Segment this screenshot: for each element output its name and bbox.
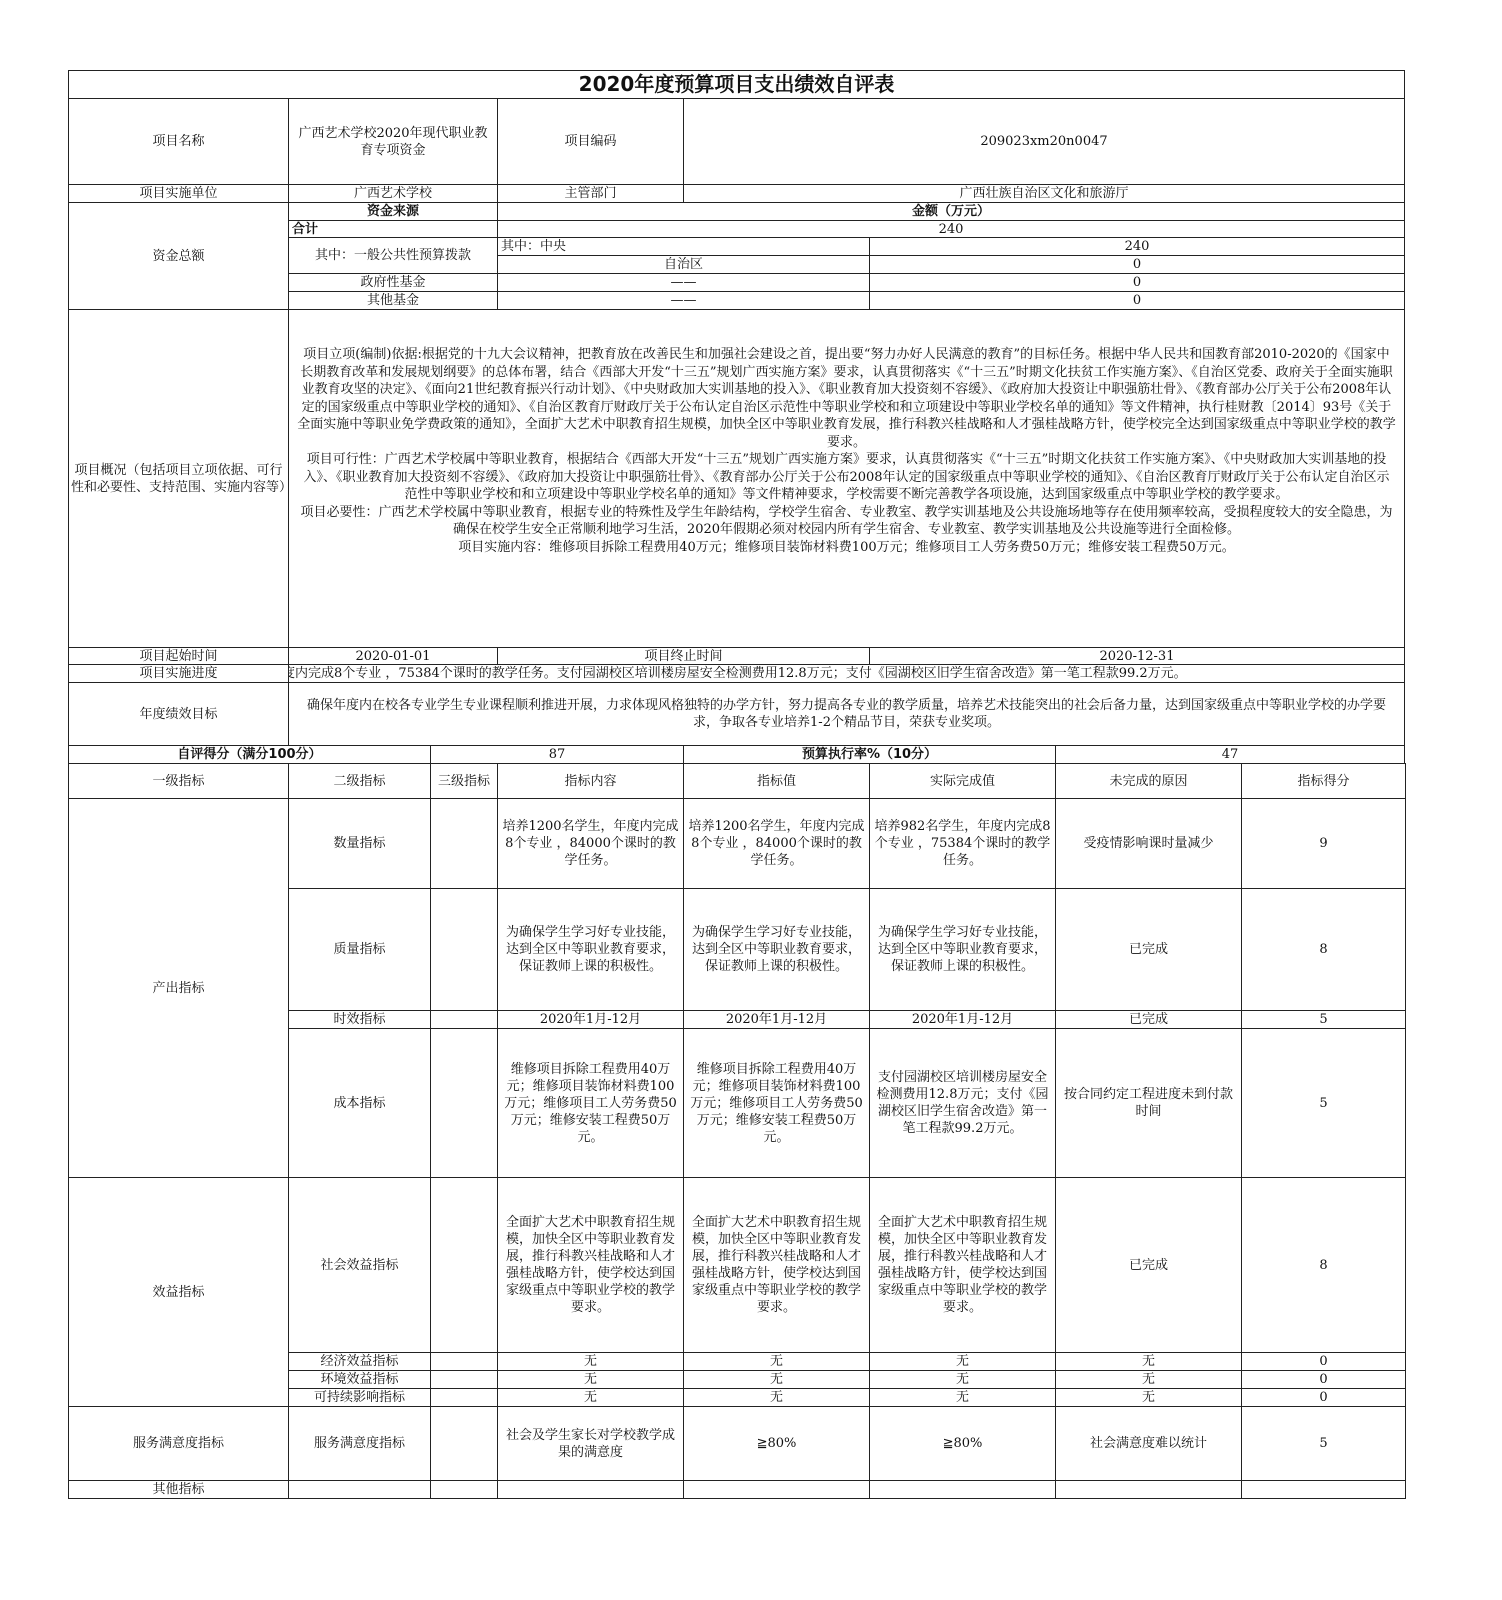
funds-general-label: 其中：一般公共性预算拨款 — [288, 237, 498, 274]
overview-content-text: 项目实施内容：维修项目拆除工程费用40万元；维修项目装饰材料费100万元；维修项… — [297, 539, 1396, 557]
indicator-target: 全面扩大艺术中职教育招生规模，加快全区中等职业教育发展，推行科教兴桂战略和人才强… — [683, 1177, 870, 1353]
indicator-content: 维修项目拆除工程费用40万元；维修项目装饰材料费100万元；维修项目工人劳务费5… — [497, 1028, 684, 1178]
funds-source-header: 资金来源 — [288, 202, 498, 221]
dept-value: 广西壮族自治区文化和旅游厅 — [683, 184, 1405, 203]
indicator-level2: 时效指标 — [288, 1010, 431, 1029]
indicator-target: 无 — [683, 1388, 870, 1407]
project-code-value: 209023xm20n0047 — [683, 98, 1405, 185]
budget-rate-label: 预算执行率%（10分） — [683, 745, 1056, 764]
indicator-level2: 经济效益指标 — [288, 1352, 431, 1371]
indicator-content: 全面扩大艺术中职教育招生规模，加快全区中等职业教育发展，推行科教兴桂战略和人才强… — [497, 1177, 684, 1353]
indicator-score — [1241, 1480, 1406, 1499]
funds-gov-value: 0 — [869, 273, 1405, 292]
indicator-level2: 成本指标 — [288, 1028, 431, 1178]
indicator-level2: 质量指标 — [288, 888, 431, 1011]
header-level1: 一级指标 — [68, 763, 289, 799]
level1-benefit: 效益指标 — [68, 1177, 289, 1407]
indicator-target: 维修项目拆除工程费用40万元；维修项目装饰材料费100万元；维修项目工人劳务费5… — [683, 1028, 870, 1178]
indicator-actual: 无 — [869, 1352, 1056, 1371]
indicator-reason: 无 — [1055, 1370, 1242, 1389]
overview-content: 项目立项(编制)依据:根据党的十九大会议精神，把教育放在改善民生和加强社会建设之… — [288, 309, 1405, 648]
overview-feasibility: 项目可行性：广西艺术学校属中等职业教育，根据结合《西部大开发“十三五”规划广西实… — [297, 451, 1396, 504]
end-value: 2020-12-31 — [869, 647, 1405, 665]
indicator-reason: 按合同约定工程进度未到付款时间 — [1055, 1028, 1242, 1178]
indicator-score: 8 — [1241, 1177, 1406, 1353]
level1-other: 其他指标 — [68, 1480, 289, 1499]
indicator-content: 为确保学生学习好专业技能，达到全区中等职业教育要求，保证教师上课的积极性。 — [497, 888, 684, 1011]
dept-label: 主管部门 — [497, 184, 684, 203]
header-reason: 未完成的原因 — [1055, 763, 1242, 799]
project-name-value: 广西艺术学校2020年现代职业教育专项资金 — [288, 98, 498, 185]
goal-label: 年度绩效目标 — [68, 682, 289, 746]
indicator-actual — [869, 1480, 1056, 1499]
indicator-level3 — [430, 1352, 498, 1371]
indicator-content — [497, 1480, 684, 1499]
indicator-level2: 数量指标 — [288, 798, 431, 889]
indicator-level3 — [430, 1480, 498, 1499]
indicator-level2: 服务满意度指标 — [288, 1406, 431, 1481]
progress-value: 度内完成8个专业 ，75384个课时的教学任务。支付园湖校区培训楼房屋安全检测费… — [288, 664, 1405, 683]
indicator-level3 — [430, 1406, 498, 1481]
indicator-actual: 支付园湖校区培训楼房屋安全检测费用12.8万元；支付《园湖校区旧学生宿舍改造》第… — [869, 1028, 1056, 1178]
indicator-content: 培养1200名学生，年度内完成8个专业 ，84000个课时的教学任务。 — [497, 798, 684, 889]
indicator-target: 无 — [683, 1352, 870, 1371]
indicator-target: 2020年1月-12月 — [683, 1010, 870, 1029]
progress-text: 度内完成8个专业 ，75384个课时的教学任务。支付园湖校区培训楼房屋安全检测费… — [288, 665, 1187, 682]
indicator-score: 5 — [1241, 1406, 1406, 1481]
indicator-level2: 社会效益指标 — [288, 1177, 431, 1353]
indicator-content: 无 — [497, 1388, 684, 1407]
indicator-reason — [1055, 1480, 1242, 1499]
page-title: 2020年度预算项目支出绩效自评表 — [68, 70, 1405, 99]
end-label: 项目终止时间 — [497, 647, 870, 665]
indicator-actual: 无 — [869, 1388, 1056, 1407]
level1-service: 服务满意度指标 — [68, 1406, 289, 1481]
goal-value: 确保年度内在校各专业学生专业课程顺利推进开展，力求体现风格独特的办学方针，努力提… — [288, 682, 1405, 746]
indicator-target: 无 — [683, 1370, 870, 1389]
indicator-level2: 环境效益指标 — [288, 1370, 431, 1389]
header-target: 指标值 — [683, 763, 870, 799]
indicator-level3 — [430, 1028, 498, 1178]
indicator-score: 5 — [1241, 1028, 1406, 1178]
indicator-actual: ≧80% — [869, 1406, 1056, 1481]
project-code-label: 项目编码 — [497, 98, 684, 185]
indicator-score: 0 — [1241, 1352, 1406, 1371]
unit-label: 项目实施单位 — [68, 184, 289, 203]
funds-amount-header: 金额（万元） — [497, 202, 1405, 221]
funds-total-label: 合计 — [288, 220, 498, 238]
header-level3: 三级指标 — [430, 763, 498, 799]
indicator-level3 — [430, 1388, 498, 1407]
start-value: 2020-01-01 — [288, 647, 498, 665]
indicator-level3 — [430, 1177, 498, 1353]
level1-output: 产出指标 — [68, 798, 289, 1178]
indicator-score: 0 — [1241, 1370, 1406, 1389]
funds-central-label: 其中：中央 — [497, 237, 870, 256]
funds-label: 资金总额 — [68, 202, 289, 310]
self-score-label: 自评得分（满分100分） — [68, 745, 431, 764]
funds-total-value: 240 — [497, 220, 1405, 238]
indicator-reason: 已完成 — [1055, 1177, 1242, 1353]
indicator-actual: 全面扩大艺术中职教育招生规模，加快全区中等职业教育发展，推行科教兴桂战略和人才强… — [869, 1177, 1056, 1353]
project-name-label: 项目名称 — [68, 98, 289, 185]
indicator-reason: 受疫情影响课时量减少 — [1055, 798, 1242, 889]
funds-other-label: 其他基金 — [288, 291, 498, 310]
header-actual: 实际完成值 — [869, 763, 1056, 799]
self-score-value: 87 — [430, 745, 684, 764]
overview-necessity: 项目必要性：广西艺术学校属中等职业教育，根据专业的特殊性及学生年龄结构，学校学生… — [297, 504, 1396, 539]
funds-gov-dash: —— — [497, 273, 870, 292]
indicator-content: 2020年1月-12月 — [497, 1010, 684, 1029]
indicator-actual: 培养982名学生，年度内完成8个专业 ，75384个课时的教学任务。 — [869, 798, 1056, 889]
indicator-actual: 为确保学生学习好专业技能，达到全区中等职业教育要求，保证教师上课的积极性。 — [869, 888, 1056, 1011]
indicator-score: 8 — [1241, 888, 1406, 1011]
progress-label: 项目实施进度 — [68, 664, 289, 683]
indicator-target: 为确保学生学习好专业技能，达到全区中等职业教育要求，保证教师上课的积极性。 — [683, 888, 870, 1011]
indicator-level2: 可持续影响指标 — [288, 1388, 431, 1407]
indicator-level2 — [288, 1480, 431, 1499]
indicator-level3 — [430, 1370, 498, 1389]
indicator-target — [683, 1480, 870, 1499]
indicator-score: 0 — [1241, 1388, 1406, 1407]
unit-value: 广西艺术学校 — [288, 184, 498, 203]
indicator-reason: 已完成 — [1055, 1010, 1242, 1029]
header-score: 指标得分 — [1241, 763, 1406, 799]
funds-gov-label: 政府性基金 — [288, 273, 498, 292]
start-label: 项目起始时间 — [68, 647, 289, 665]
overview-label: 项目概况（包括项目立项依据、可行性和必要性、支持范围、实施内容等） — [68, 309, 289, 648]
indicator-level3 — [430, 798, 498, 889]
indicator-content: 社会及学生家长对学校教学成果的满意度 — [497, 1406, 684, 1481]
indicator-target: 培养1200名学生，年度内完成8个专业 ，84000个课时的教学任务。 — [683, 798, 870, 889]
funds-other-dash: —— — [497, 291, 870, 310]
funds-region-value: 0 — [869, 255, 1405, 274]
header-level2: 二级指标 — [288, 763, 431, 799]
indicator-level3 — [430, 888, 498, 1011]
indicator-content: 无 — [497, 1370, 684, 1389]
indicator-reason: 社会满意度难以统计 — [1055, 1406, 1242, 1481]
indicator-reason: 无 — [1055, 1352, 1242, 1371]
indicator-score: 5 — [1241, 1010, 1406, 1029]
header-content: 指标内容 — [497, 763, 684, 799]
overview-basis: 项目立项(编制)依据:根据党的十九大会议精神，把教育放在改善民生和加强社会建设之… — [297, 346, 1396, 451]
indicator-score: 9 — [1241, 798, 1406, 889]
funds-other-value: 0 — [869, 291, 1405, 310]
indicator-content: 无 — [497, 1352, 684, 1371]
funds-central-value: 240 — [869, 237, 1405, 256]
indicator-reason: 已完成 — [1055, 888, 1242, 1011]
indicator-actual: 无 — [869, 1370, 1056, 1389]
indicator-actual: 2020年1月-12月 — [869, 1010, 1056, 1029]
indicator-target: ≧80% — [683, 1406, 870, 1481]
budget-rate-value: 47 — [1055, 745, 1405, 764]
indicator-level3 — [430, 1010, 498, 1029]
funds-region-label: 自治区 — [497, 255, 870, 274]
indicator-reason: 无 — [1055, 1388, 1242, 1407]
